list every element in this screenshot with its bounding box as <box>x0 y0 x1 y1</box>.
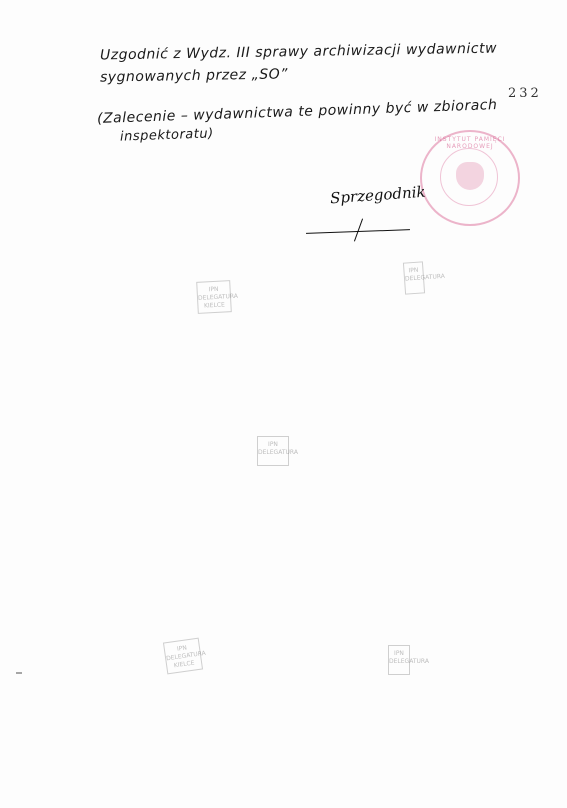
handwritten-line-3: (Zalecenie – wydawnictwa te powinny być … <box>97 97 498 127</box>
official-seal-icon: INSTYTUT PAMIĘCI NARODOWEJ <box>420 130 520 226</box>
signature: Sprzegodnik <box>329 183 426 208</box>
archive-stamp: IPN DELEGATURA <box>388 645 410 675</box>
handwritten-line-1: Uzgodnić z Wydz. III sprawy archiwizacji… <box>100 41 497 64</box>
eagle-emblem-icon <box>456 162 484 190</box>
scanned-page: Uzgodnić z Wydz. III sprawy archiwizacji… <box>0 0 567 808</box>
archive-stamp: IPN DELEGATURA KIELCE <box>163 638 203 675</box>
archive-stamp: IPN DELEGATURA KIELCE <box>196 280 232 314</box>
handwritten-line-2: sygnowanych przez „SO” <box>100 66 288 85</box>
archive-stamp: IPN DELEGATURA <box>403 261 425 294</box>
scan-artifact <box>16 672 22 674</box>
archive-stamp: IPN DELEGATURA <box>257 436 289 466</box>
handwritten-line-4: inspektoratu) <box>120 126 214 144</box>
page-number: 232 <box>508 86 542 101</box>
